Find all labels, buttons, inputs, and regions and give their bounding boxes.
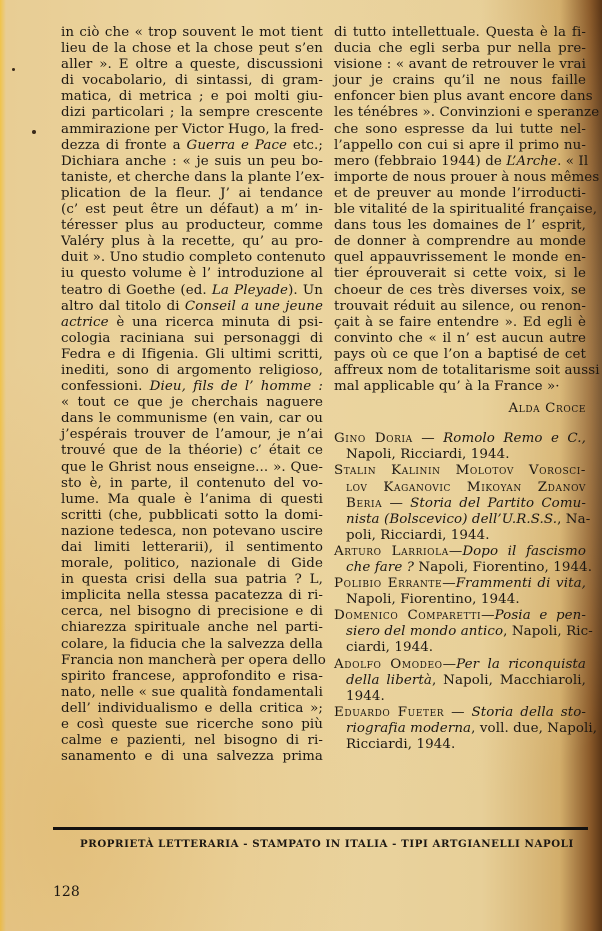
text-line: pays où ce que l’on a baptisé de cet	[334, 347, 586, 363]
text-line: siero del mondo antico, Napoli, Ric-	[334, 624, 586, 640]
entry-separator: —	[481, 608, 495, 623]
italic-title: La Pleyade	[212, 283, 288, 298]
entry-author: Arturo Larriola	[334, 544, 449, 559]
text-line: Gino Doria — Romolo Remo e C.,	[334, 431, 586, 447]
text-run: , Napoli, Macchiaroli,	[432, 673, 586, 688]
text-run: , Na-	[557, 512, 590, 527]
text-line: dai limiti letterarii), il sentimento	[61, 540, 323, 556]
text-line: choeur de ces très diverses voix, se	[334, 283, 586, 299]
text-line: nista (Bolscevico) dell’U.R.S.S., Na-	[334, 512, 586, 528]
entry-separator: —	[443, 657, 457, 672]
text-line: aller ». E oltre a queste, discussioni	[61, 57, 323, 73]
entry-author: Gino Doria	[334, 431, 413, 446]
text-run: . « Il	[557, 154, 588, 169]
text-line: dell’ individualismo e della critica »;	[61, 701, 323, 717]
entry-title: della libertà	[346, 673, 432, 688]
entry-title: Posia e pen-	[495, 608, 586, 623]
text-line: Eduardo Fueter — Storia della sto-	[334, 705, 586, 721]
entry-separator: —	[413, 431, 443, 446]
text-line: enfoncer bien plus avant encore dans	[334, 89, 586, 105]
paper-speck	[32, 130, 36, 134]
text-line: Dichiara anche : « je suis un peu bo-	[61, 154, 323, 170]
text-line: riografia moderna, voll. due, Napoli,	[334, 721, 586, 737]
entry-title: Storia del Partito Comu-	[410, 496, 586, 511]
italic-title: actrice	[61, 315, 109, 330]
text-line: jour je crains qu’il ne nous faille	[334, 73, 586, 89]
text-line: in questa crisi della sua patria ? L,	[61, 572, 323, 588]
bibliography-entry: Adolfo Omodeo—Per la riconquista della l…	[334, 657, 586, 705]
text-line: confessioni. Dieu, fils de l’ homme :	[61, 379, 323, 395]
entry-title: che fare ?	[346, 560, 414, 575]
text-line: poli, Ricciardi, 1944.	[334, 528, 586, 544]
left-column: in ciò che « trop souvent le mot tient l…	[61, 25, 323, 765]
text-line: Fedra e di Ifigenia. Gli ultimi scritti,	[61, 347, 323, 363]
paper-speck	[12, 68, 15, 71]
text-line: iu questo volume è l’ introduzione al	[61, 266, 323, 282]
text-line: 1944.	[334, 689, 586, 705]
italic-title: Guerra e Pace	[187, 138, 288, 153]
bibliography-entry: Polibio Errante—Frammenti di vita, Napol…	[334, 576, 586, 608]
text-line: cerca, nel bisogno di precisione e di	[61, 604, 323, 620]
text-line: « tout ce que je cherchais naguere	[61, 395, 323, 411]
text-line: spirito francese, approfondito e risa-	[61, 669, 323, 685]
text-run: Napoli, Fiorentino, 1944.	[414, 560, 592, 575]
text-line: Polibio Errante—Frammenti di vita,	[334, 576, 586, 592]
right-column: di tutto intellettuale. Questa è la fi- …	[334, 25, 586, 753]
bibliography-list: Gino Doria — Romolo Remo e C., Napoli, R…	[334, 431, 586, 753]
text-line: affreux nom de totalitarisme soit aussi	[334, 363, 586, 379]
entry-separator: —	[449, 544, 463, 559]
footer-rule	[53, 827, 588, 830]
text-line: l’appello con cui si apre il primo nu-	[334, 138, 586, 154]
bibliography-entry: Gino Doria — Romolo Remo e C., Napoli, R…	[334, 431, 586, 463]
text-line: dezza di fronte a Guerra e Pace etc.;	[61, 138, 323, 154]
text-line: taniste, et cherche dans la plante l’ex-	[61, 170, 323, 186]
text-line: che sono espresse da lui tutte nel-	[334, 122, 586, 138]
text-line: Napoli, Ricciardi, 1944.	[334, 447, 586, 463]
text-line: dans tous les domaines de l’ esprit,	[334, 218, 586, 234]
text-line: les ténébres ». Convinzioni e speranze	[334, 105, 586, 121]
text-line: della libertà, Napoli, Macchiaroli,	[334, 673, 586, 689]
text-line: mal applicable qu’ à la France »·	[334, 379, 586, 395]
text-line: Beria — Storia del Partito Comu-	[334, 496, 586, 512]
text-line: et de preuver au monde l’irroducti-	[334, 186, 586, 202]
page-number: 128	[53, 884, 80, 900]
text-line: trouvait réduit au silence, ou renon-	[334, 299, 586, 315]
text-line: di vocabolario, di sintassi, di gram-	[61, 73, 323, 89]
entry-title: siero del mondo antico	[346, 624, 503, 639]
italic-title: Conseil a une jeune	[185, 299, 323, 314]
text-run: dezza di fronte a	[61, 138, 187, 153]
text-line: nato, nelle « sue qualità fondamentali	[61, 685, 323, 701]
book-page: in ciò che « trop souvent le mot tient l…	[0, 0, 602, 931]
text-line: Domenico Comparetti—Posia e pen-	[334, 608, 586, 624]
italic-title: Dieu, fils de l’ homme :	[150, 379, 323, 394]
text-line: trouvé que de la théorie) c’ était ce	[61, 443, 323, 459]
entry-title: riografia moderna	[346, 721, 471, 736]
text-line: téresser plus au producteur, comme	[61, 218, 323, 234]
text-run: ). Un	[288, 283, 323, 298]
text-line: inediti, sono di argomento religioso,	[61, 363, 323, 379]
text-line: quel appauvrissement le monde en-	[334, 250, 586, 266]
text-line: Arturo Larriola—Dopo il fascismo	[334, 544, 586, 560]
text-line: Francia non mancherà per opera dello	[61, 653, 323, 669]
text-line: dizi particolari ; la sempre crescente	[61, 105, 323, 121]
text-line: ble vitalité de la spiritualité français…	[334, 202, 586, 218]
text-line: de donner à comprendre au monde	[334, 234, 586, 250]
text-run: , Napoli, Ric-	[503, 624, 593, 639]
text-line: Valéry plus à la recette, qu’ au pro-	[61, 234, 323, 250]
entry-author: Eduardo Fueter	[334, 705, 444, 720]
entry-title: Romolo Remo e C.,	[443, 431, 586, 446]
text-line: convinto che « il n’ est aucun autre	[334, 331, 586, 347]
bibliography-entry: Domenico Comparetti—Posia e pen- siero d…	[334, 608, 586, 656]
text-line: plication de la fleur. J’ ai tendance	[61, 186, 323, 202]
entry-title: Storia della sto-	[472, 705, 587, 720]
text-line: lume. Ma quale è l’anima di questi	[61, 492, 323, 508]
text-line: Adolfo Omodeo—Per la riconquista	[334, 657, 586, 673]
entry-author: Domenico Comparetti	[334, 608, 481, 623]
text-line: morale, politico, nazionale di Gide	[61, 556, 323, 572]
text-line: j’espérais trouver de l’amour, je n’ai	[61, 427, 323, 443]
bibliography-entry: Eduardo Fueter — Storia della sto- riogr…	[334, 705, 586, 753]
text-line: teatro di Goethe (ed. La Pleyade). Un	[61, 283, 323, 299]
entry-author: Beria	[346, 496, 382, 511]
text-line: cologia raciniana sui personaggi di	[61, 331, 323, 347]
text-line: (c’ est peut être un défaut) a m’ in-	[61, 202, 323, 218]
entry-author: Adolfo Omodeo	[334, 657, 443, 672]
article-signature: Alda Croce	[334, 401, 586, 417]
text-run: etc.;	[287, 138, 323, 153]
text-line: duit ». Uno studio completo contenuto	[61, 250, 323, 266]
text-line: lieu de la chose et la chose peut s’en	[61, 41, 323, 57]
entry-separator: —	[444, 705, 471, 720]
bibliography-entry: Arturo Larriola—Dopo il fascismo che far…	[334, 544, 586, 576]
text-line: sanamento e di una salvezza prima	[61, 749, 323, 765]
imprint-line: PROPRIETÀ LETTERARIA - STAMPATO IN ITALI…	[80, 838, 580, 850]
text-line: actrice è una ricerca minuta di psi-	[61, 315, 323, 331]
text-line: mero (febbraio 1944) de L’Arche. « Il	[334, 154, 586, 170]
entry-author: Stalin Kalinin Molotov Vorosci-	[334, 463, 586, 479]
text-line: colare, la fiducia che la salvezza della	[61, 637, 323, 653]
text-line: di tutto intellettuale. Questa è la fi-	[334, 25, 586, 41]
text-run: confessioni.	[61, 379, 150, 394]
text-line: matica, di metrica ; e poi molti giu-	[61, 89, 323, 105]
entry-title: nista (Bolscevico) dell’U.R.S.S.	[346, 512, 557, 527]
entry-author: Polibio Errante	[334, 576, 442, 591]
text-line: visione : « avant de retrouver le vrai	[334, 57, 586, 73]
text-line: altro dal titolo di Conseil a une jeune	[61, 299, 323, 315]
text-line: ciardi, 1944.	[334, 640, 586, 656]
text-line: implicita nella stessa pacatezza di ri-	[61, 588, 323, 604]
text-line: calme e pazienti, nel bisogno di ri-	[61, 733, 323, 749]
text-line: che fare ? Napoli, Fiorentino, 1944.	[334, 560, 586, 576]
text-line: Ricciardi, 1944.	[334, 737, 586, 753]
text-line: ammirazione per Victor Hugo, la fred-	[61, 122, 323, 138]
text-line: dans le communisme (en vain, car ou	[61, 411, 323, 427]
text-run: mero (febbraio 1944) de	[334, 154, 506, 169]
text-line: que le Ghrist nous enseigne... ». Que-	[61, 460, 323, 476]
text-line: tier éprouverait si cette voix, si le	[334, 266, 586, 282]
text-run: teatro di Goethe (ed.	[61, 283, 212, 298]
entry-separator: —	[442, 576, 456, 591]
text-run: è una ricerca minuta di psi-	[109, 315, 323, 330]
text-line: Napoli, Fiorentino, 1944.	[334, 592, 586, 608]
entry-author: lov Kaganovic Mikoyan Zdanov	[334, 480, 586, 496]
entry-title: Frammenti di vita,	[456, 576, 586, 591]
bibliography-entry: Stalin Kalinin Molotov Vorosci- lov Kaga…	[334, 463, 586, 543]
text-line: nazione tedesca, non potevano uscire	[61, 524, 323, 540]
text-line: ducia che egli serba pur nella pre-	[334, 41, 586, 57]
text-line: chiarezza spirituale anche nel parti-	[61, 620, 323, 636]
entry-title: Dopo il fascismo	[462, 544, 586, 559]
entry-title: Per la riconquista	[456, 657, 586, 672]
text-line: sto è, in parte, il contenuto del vo-	[61, 476, 323, 492]
text-line: importe de nous prouer à nous mêmes	[334, 170, 586, 186]
text-run: altro dal titolo di	[61, 299, 185, 314]
text-run: , voll. due, Napoli,	[471, 721, 597, 736]
text-line: e così queste sue ricerche sono più	[61, 717, 323, 733]
italic-title: L’Arche	[506, 154, 557, 169]
entry-separator: —	[382, 496, 410, 511]
text-line: scritti (che, pubblicati sotto la domi-	[61, 508, 323, 524]
text-line: in ciò che « trop souvent le mot tient	[61, 25, 323, 41]
text-line: çait à se faire entendre ». Ed egli è	[334, 315, 586, 331]
